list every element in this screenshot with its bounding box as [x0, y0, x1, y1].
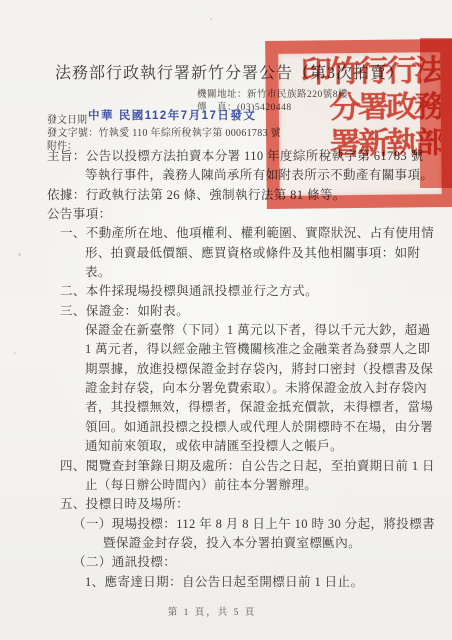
scan-speck: [210, 18, 212, 20]
issue-date-stamp: 中華 民國112年7月17日發文: [88, 107, 256, 123]
body-line: 期票據，放進投標保證金封存袋內，將封口密封（投標書及保: [0, 360, 452, 379]
body-line: 領回。如通訊投標之投標人或代理人於開標時不在場，由分署: [0, 418, 452, 437]
page-footer: 第 1 頁，共 5 頁: [0, 604, 424, 618]
body-line: （一）現場投標：112 年 8 月 8 日上午 10 時 30 分起，將投標書: [0, 515, 452, 534]
body-line: 形、拍賣最低價額、應買資格或條件及其他相關事項：如附: [0, 244, 452, 263]
official-seal-text: 法務部行政執行署新竹分署印: [278, 54, 441, 194]
announcement-body: 主旨：公告以投標方法拍賣本分署 110 年度綜所稅執字第 61783 號等執行事…: [0, 147, 452, 592]
seal-ink-bleed: [420, 38, 452, 188]
body-line: 暨保證金封存袋，投入本分署拍賣室標匭內。: [0, 534, 452, 553]
body-line: 通知前來領取，或依申請匯至投標人之帳戶。: [0, 437, 452, 456]
body-line: 一、不動產所在地、他項權利、權利範圍、實際狀況、占有使用情: [0, 224, 452, 243]
body-line: 1、應寄達日期：自公告日起至開標日前 1 日止。: [0, 573, 452, 592]
document-page: 法務部行政執行署新竹分署公告（第3次拍賣） 機關地址：新竹市民族路220號8樓 …: [0, 0, 452, 640]
body-line: 三、保證金：如附表。: [0, 302, 452, 321]
body-line: 保證金在新臺幣（下同）1 萬元以下者，得以千元大鈔，超過: [0, 321, 452, 340]
body-line: 止（每日辦公時間內）前往本分署辦理。: [0, 476, 452, 495]
body-line: 四、閱覽查封筆錄日期及處所：自公告之日起，至拍賣期日前 1 日: [0, 457, 452, 476]
body-line: 表。: [0, 263, 452, 282]
body-line: 證金封存袋，向本分署免費索取）。未將保證金放入封存袋內: [0, 379, 452, 398]
body-line: （二）通訊投標：: [0, 553, 452, 572]
doc-number-line: 發文字號：竹執愛 110 年綜所稅執字第 00061783 號: [47, 124, 281, 139]
body-line: 1 萬元者，得以經金融主管機關核准之金融業者為發票人之即: [0, 340, 452, 359]
body-line: 二、本件採現場投標與通訊投標並行之方式。: [0, 282, 452, 301]
body-line: 五、投標日時及場所：: [0, 495, 452, 514]
body-line: 者，其投標無效，得標者，保證金抵充價款，未得標者，當場: [0, 398, 452, 417]
body-line: 公告事項：: [0, 205, 452, 224]
